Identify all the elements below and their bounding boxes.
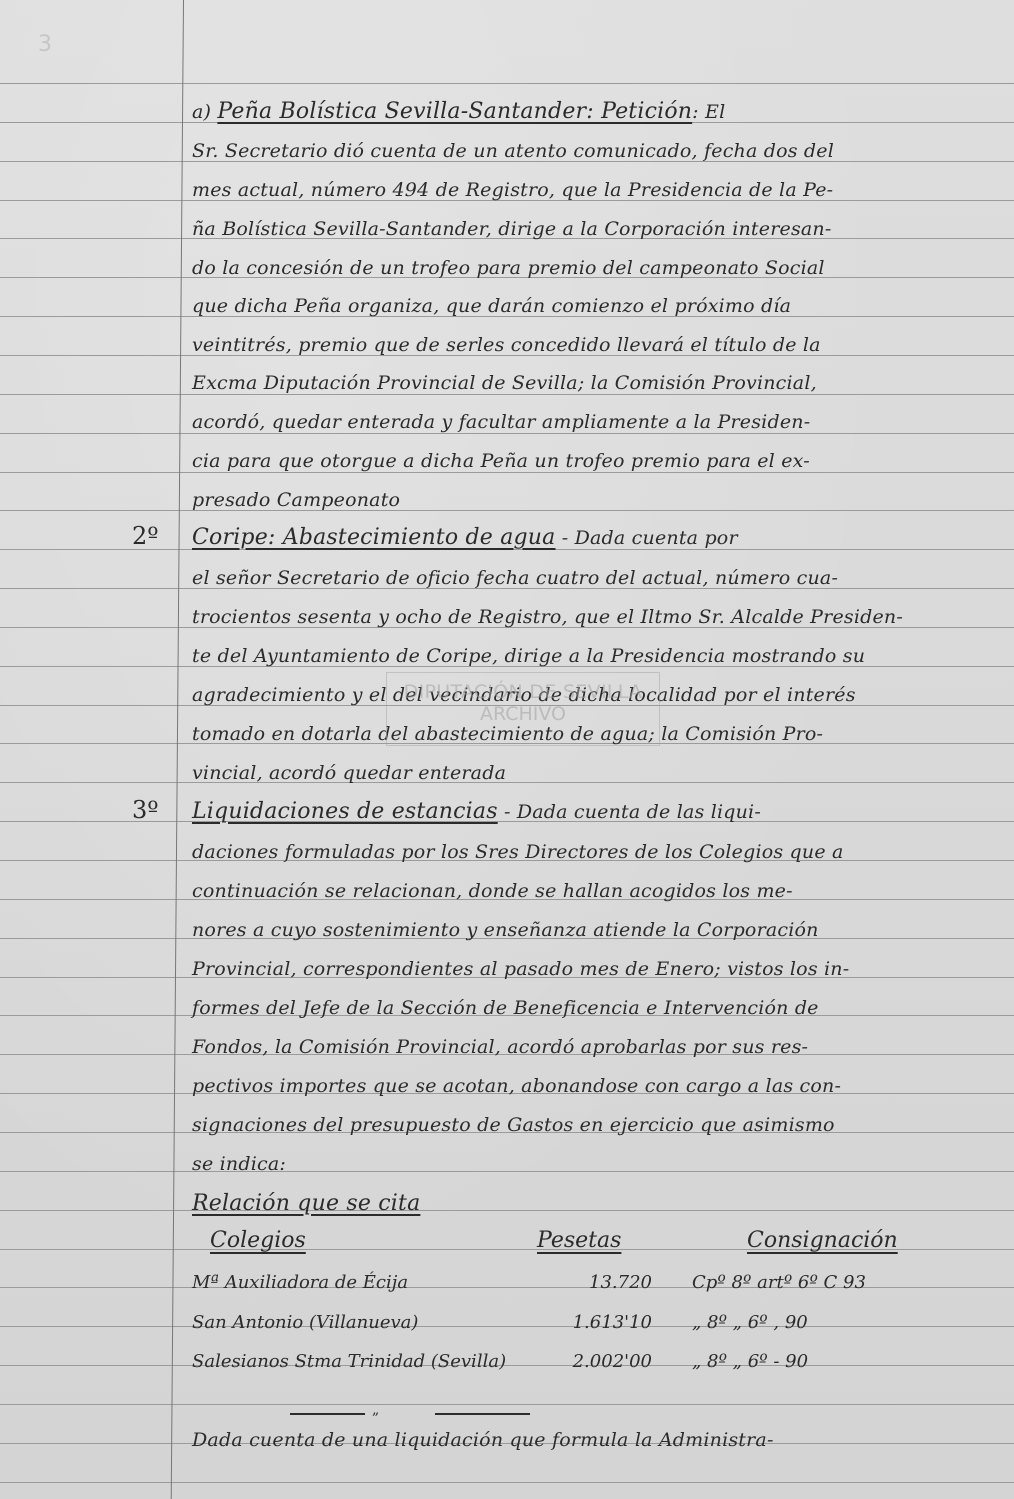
section-a-line: Sr. Secretario dió cuenta de un atento c… [192,139,994,163]
closing-line: Dada cuenta de una liquidación que formu… [192,1428,994,1452]
scanned-page: 3 a) Peña Bolística Sevilla-Santander: P… [0,0,1014,1499]
table-row: Salesianos Stma Trinidad (Sevilla) 2.002… [192,1351,972,1377]
section-a-heading: Peña Bolística Sevilla-Santander: Petici… [217,99,692,124]
section-a-line: Excma Diputación Provincial de Sevilla; … [192,371,994,395]
cell-colegio: San Antonio (Villanueva) [192,1312,418,1333]
section-a-line: do la concesión de un trofeo para premio… [192,256,994,280]
watermark-line-1: DIPUTACIÓN DE SEVILLA [387,681,659,703]
section-3-line-0: - Dada cuenta de las liqui- [504,801,761,823]
header-pesetas: Pesetas [537,1228,621,1253]
table-row: Mª Auxiliadora de Écija 13.720 Cpº 8º ar… [192,1272,972,1298]
section-a-line: mes actual, número 494 de Registro, que … [192,178,994,202]
ruled-line [0,1482,1014,1483]
section-a-line: presado Campeonato [192,488,994,512]
section-3-heading-line: Liquidaciones de estancias - Dada cuenta… [192,800,994,824]
section-3-line: Provincial, correspondientes al pasado m… [192,957,994,981]
section-3-line: se indica: [192,1152,994,1176]
section-a-line-0: : El [692,101,725,123]
section-2-heading-line: Coripe: Abastecimiento de agua - Dada cu… [192,526,994,550]
margin-line [171,0,184,1499]
cell-consignacion: Cpº 8º artº 6º C 93 [692,1272,866,1293]
section-3-line: signaciones del presupuesto de Gastos en… [192,1113,994,1137]
section-a-marker: a) [192,101,211,123]
cell-pesetas: 13.720 [542,1272,652,1293]
cell-consignacion: „ 8º „ 6º , 90 [692,1312,808,1333]
section-2-line: te del Ayuntamiento de Coripe, dirige a … [192,644,994,668]
section-2-marker: 2º [132,522,159,550]
section-a-line: cia para que otorgue a dicha Peña un tro… [192,449,994,473]
section-separator: „ [290,1408,710,1422]
table-row: San Antonio (Villanueva) 1.613'10 „ 8º „… [192,1312,972,1338]
section-3-line: formes del Jefe de la Sección de Benefic… [192,996,994,1020]
section-2-line-0: - Dada cuenta por [562,527,738,549]
watermark-line-2: ARCHIVO [387,703,659,725]
faint-page-number: 3 [38,32,52,57]
table-header: Colegios Pesetas Consignación [192,1228,972,1254]
cell-colegio: Salesianos Stma Trinidad (Sevilla) [192,1351,506,1372]
section-3-line: Fondos, la Comisión Provincial, acordó a… [192,1035,994,1059]
section-a-line: ña Bolística Sevilla-Santander, dirige a… [192,217,994,241]
relacion-title-line: Relación que se cita [192,1192,994,1216]
cell-pesetas: 2.002'00 [542,1351,652,1372]
section-a-line: acordó, quedar enterada y facultar ampli… [192,410,994,434]
cell-consignacion: „ 8º „ 6º - 90 [692,1351,808,1372]
section-3-heading: Liquidaciones de estancias [192,799,498,824]
archive-watermark: DIPUTACIÓN DE SEVILLA ARCHIVO [386,672,660,746]
cell-colegio: Mª Auxiliadora de Écija [192,1272,408,1293]
separator-mark: „ [372,1402,379,1418]
separator-bar-right [435,1413,530,1415]
header-consignacion: Consignación [747,1228,898,1253]
section-2-heading: Coripe: Abastecimiento de agua [192,525,555,550]
section-2-line: el señor Secretario de oficio fecha cuat… [192,566,994,590]
separator-bar-left [290,1413,365,1415]
header-colegios: Colegios [210,1228,306,1253]
section-3-line: continuación se relacionan, donde se hal… [192,879,994,903]
section-3-line: daciones formuladas por los Sres Directo… [192,840,994,864]
section-2-line: vincial, acordó quedar enterada [192,761,994,785]
ruled-line [0,83,1014,84]
relacion-title: Relación que se cita [192,1191,420,1216]
ruled-line [0,1404,1014,1405]
section-3-line: pectivos importes que se acotan, abonand… [192,1074,994,1098]
section-a-heading-line: a) Peña Bolística Sevilla-Santander: Pet… [192,100,994,124]
section-2-line: trocientos sesenta y ocho de Registro, q… [192,605,994,629]
section-a-line: veintitrés, premio que de serles concedi… [192,333,994,357]
section-3-line: nores a cuyo sostenimiento y enseñanza a… [192,918,994,942]
section-3-marker: 3º [132,796,159,824]
section-a-line: que dicha Peña organiza, que darán comie… [192,294,994,318]
cell-pesetas: 1.613'10 [542,1312,652,1333]
